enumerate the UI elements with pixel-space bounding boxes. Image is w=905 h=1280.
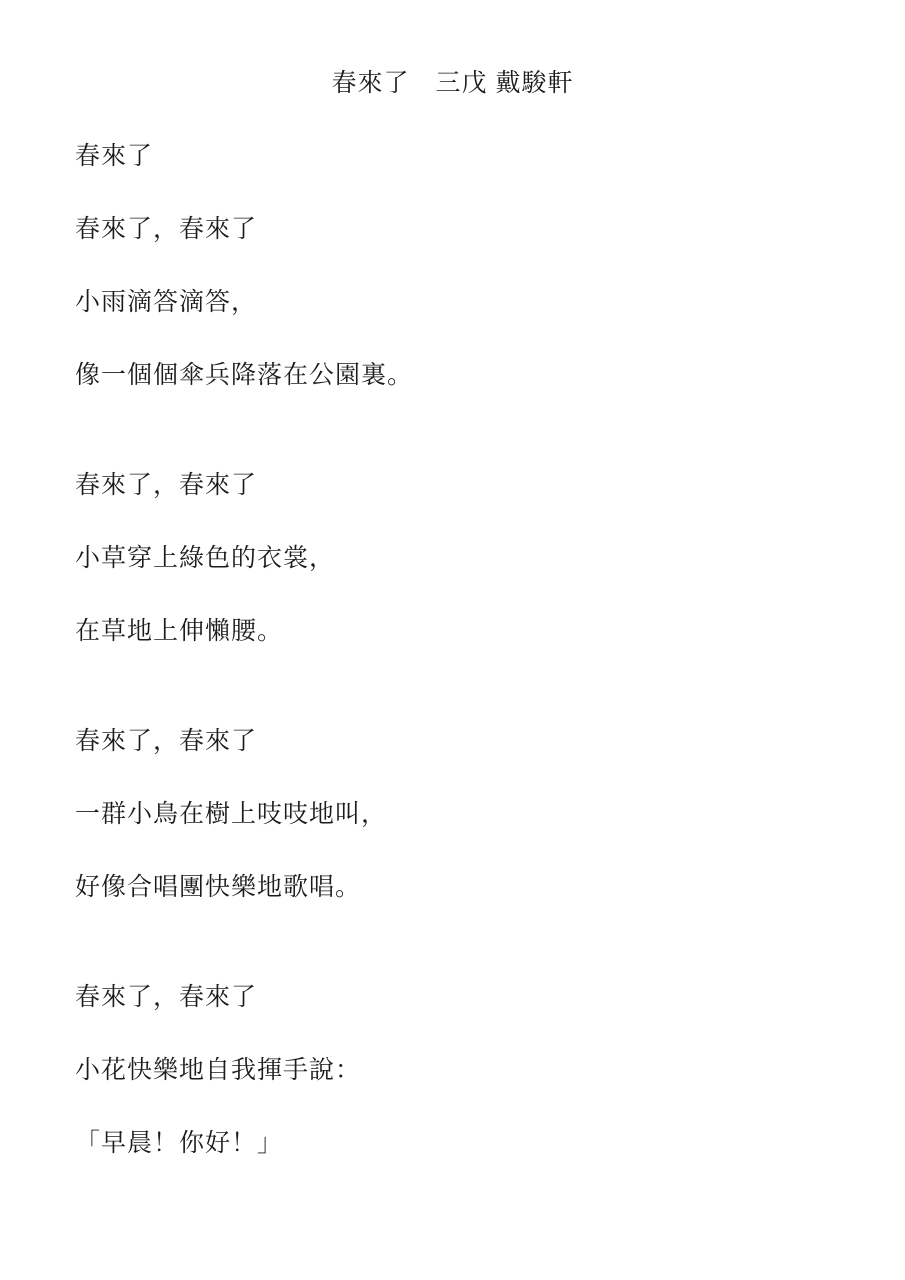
document-page: 春來了 三戊 戴駿軒 春來了 春來了，春來了 小雨滴答滴答， 像一個個傘兵降落在… — [0, 0, 905, 1280]
document-content: 春來了 三戊 戴駿軒 春來了 春來了，春來了 小雨滴答滴答， 像一個個傘兵降落在… — [0, 0, 905, 1180]
stanza-2: 春來了，春來了 小草穿上綠色的衣裳， 在草地上伸懶腰。 — [0, 449, 905, 668]
stanza-4: 春來了，春來了 小花快樂地自我揮手說： 「早晨！你好！」 — [0, 961, 905, 1180]
poem-line: 春來了，春來了 — [75, 449, 905, 522]
poem-line: 春來了，春來了 — [75, 961, 905, 1034]
poem-line: 「早晨！你好！」 — [75, 1107, 905, 1180]
poem-line: 春來了，春來了 — [75, 193, 905, 266]
stanza-1: 春來了 春來了，春來了 小雨滴答滴答， 像一個個傘兵降落在公園裏。 — [0, 120, 905, 412]
poem-line: 像一個個傘兵降落在公園裏。 — [75, 339, 905, 412]
poem-line: 小雨滴答滴答， — [75, 266, 905, 339]
poem-line: 一群小鳥在樹上吱吱地叫， — [75, 778, 905, 851]
poem-line: 春來了，春來了 — [75, 705, 905, 778]
poem-line: 小草穿上綠色的衣裳， — [75, 522, 905, 595]
poem-line: 小花快樂地自我揮手說： — [75, 1034, 905, 1107]
poem-line: 在草地上伸懶腰。 — [75, 595, 905, 668]
stanza-3: 春來了，春來了 一群小鳥在樹上吱吱地叫， 好像合唱團快樂地歌唱。 — [0, 705, 905, 924]
page-title: 春來了 三戊 戴駿軒 — [0, 47, 905, 120]
poem-line: 好像合唱團快樂地歌唱。 — [75, 851, 905, 924]
poem-line: 春來了 — [75, 120, 905, 193]
